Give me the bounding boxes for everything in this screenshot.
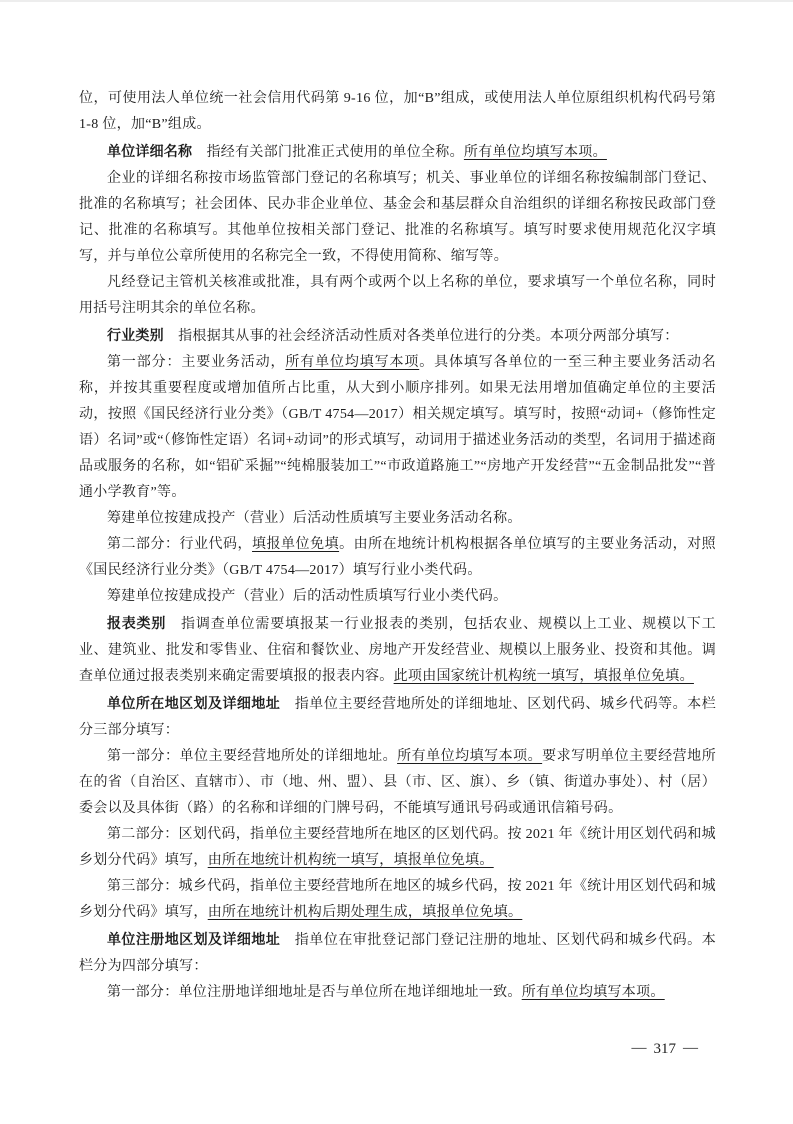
text-segment: 第一部分：主要业务活动， — [107, 355, 285, 370]
text-segment: 筹建单位按建成投产（营业）后活动性质填写主要业务活动名称。 — [107, 511, 522, 526]
text-segment: 筹建单位按建成投产（营业）后的活动性质填写行业小类代码。 — [107, 589, 507, 604]
underlined-text: 所有单位均填写本项。 — [522, 985, 665, 1000]
underlined-text: 填报单位免填 — [252, 537, 339, 552]
paragraph: 位，可使用法人单位统一社会信用代码第 9-16 位，加“B”组成，或使用法人单位… — [79, 86, 716, 138]
section-heading: 单位注册地区划及详细地址 — [107, 931, 280, 947]
section-heading: 单位所在地区划及详细地址 — [107, 695, 280, 711]
paragraph: 单位所在地区划及详细地址 指单位主要经营地所处的详细地址、区划代码、城乡代码等。… — [79, 690, 716, 744]
paragraph: 第三部分：城乡代码，指单位主要经营地所在地区的城乡代码，按 2021 年《统计用… — [79, 874, 716, 926]
paragraph: 第一部分：单位主要经营地所处的详细地址。所有单位均填写本项。要求写明单位主要经营… — [79, 744, 716, 822]
paragraph: 单位注册地区划及详细地址 指单位在审批登记部门登记注册的地址、区划代码和城乡代码… — [79, 926, 716, 980]
page-footer: —317— — [625, 1038, 706, 1060]
text-segment: 指根据其从事的社会经济活动性质对各类单位进行的分类。本项分两部分填写： — [164, 329, 679, 344]
footer-dash-left: — — [632, 1037, 647, 1059]
text-segment: 第一部分：单位主要经营地所处的详细地址。 — [107, 749, 397, 764]
footer-dash-right: — — [683, 1037, 698, 1059]
section-heading: 行业类别 — [107, 327, 164, 343]
page-number: 317 — [654, 1041, 677, 1057]
text-segment: 。具体填写各单位的一至三种主要业务活动名称，并按其重要程度或增加值所占比重，从大… — [79, 355, 716, 500]
paragraph: 第一部分：单位注册地详细地址是否与单位所在地详细地址一致。所有单位均填写本项。 — [79, 980, 716, 1006]
section-heading: 单位详细名称 — [107, 143, 192, 159]
document-page: 位，可使用法人单位统一社会信用代码第 9-16 位，加“B”组成，或使用法人单位… — [0, 0, 793, 1124]
text-segment: 指经有关部门批准正式使用的单位全称。 — [192, 145, 464, 160]
underlined-text: 所有单位均填写本项 — [285, 355, 419, 370]
text-segment: 凡经登记主管机关核准或批准，具有两个或两个以上名称的单位，要求填写一个单位名称，… — [79, 275, 716, 316]
paragraph: 凡经登记主管机关核准或批准，具有两个或两个以上名称的单位，要求填写一个单位名称，… — [79, 270, 716, 322]
text-segment: 第二部分：行业代码， — [107, 537, 252, 552]
page-body-text: 位，可使用法人单位统一社会信用代码第 9-16 位，加“B”组成，或使用法人单位… — [79, 86, 716, 1006]
paragraph: 筹建单位按建成投产（营业）后的活动性质填写行业小类代码。 — [79, 584, 716, 610]
underlined-text: 所有单位均填写本项。 — [464, 145, 607, 160]
text-segment: 企业的详细名称按市场监管部门登记的名称填写；机关、事业单位的详细名称按编制部门登… — [79, 171, 716, 264]
underlined-text: 由所在地统计机构后期处理生成，填报单位免填。 — [208, 905, 523, 920]
underlined-text: 所有单位均填写本项。 — [397, 749, 542, 764]
paragraph: 单位详细名称 指经有关部门批准正式使用的单位全称。所有单位均填写本项。 — [79, 138, 716, 166]
paragraph: 报表类别 指调查单位需要填报某一行业报表的类别，包括农业、规模以上工业、规模以下… — [79, 610, 716, 690]
paragraph: 第二部分：区划代码，指单位主要经营地所在地区的区划代码。按 2021 年《统计用… — [79, 822, 716, 874]
underlined-text: 此项由国家统计机构统一填写，填报单位免填。 — [394, 669, 694, 684]
paragraph: 行业类别 指根据其从事的社会经济活动性质对各类单位进行的分类。本项分两部分填写： — [79, 322, 716, 350]
underlined-text: 由所在地统计机构统一填写，填报单位免填。 — [208, 853, 494, 868]
paragraph: 企业的详细名称按市场监管部门登记的名称填写；机关、事业单位的详细名称按编制部门登… — [79, 166, 716, 270]
paragraph: 第一部分：主要业务活动，所有单位均填写本项。具体填写各单位的一至三种主要业务活动… — [79, 350, 716, 506]
text-segment: 位，可使用法人单位统一社会信用代码第 9-16 位，加“B”组成，或使用法人单位… — [79, 91, 716, 132]
paragraph: 第二部分：行业代码，填报单位免填。由所在地统计机构根据各单位填写的主要业务活动，… — [79, 532, 716, 584]
text-segment: 第一部分：单位注册地详细地址是否与单位所在地详细地址一致。 — [107, 985, 522, 1000]
paragraph: 筹建单位按建成投产（营业）后活动性质填写主要业务活动名称。 — [79, 506, 716, 532]
section-heading: 报表类别 — [107, 615, 166, 631]
